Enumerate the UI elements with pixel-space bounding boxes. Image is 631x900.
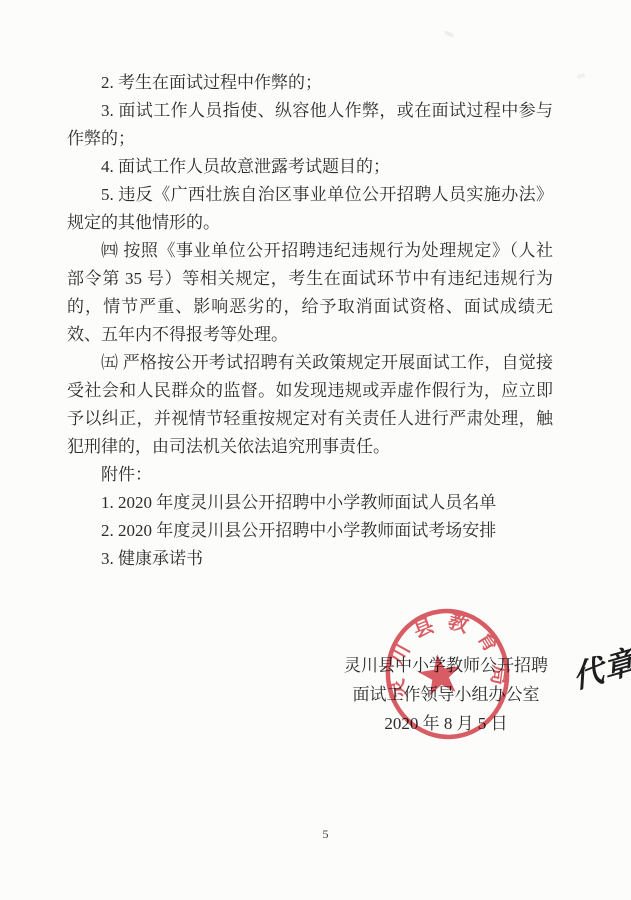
attachments-label: 附件： <box>67 461 553 489</box>
handwritten-daizhang-note: 代章 <box>569 634 631 698</box>
clause-item: 5. 违反《广西壮族自治区事业单位公开招聘人员实施办法》规定的其他情形的。 <box>67 181 553 237</box>
attachment-item: 2. 2020 年度灵川县公开招聘中小学教师面试考场安排 <box>67 517 553 545</box>
document-page: 2. 考生在面试过程中作弊的； 3. 面试工作人员指使、纵容他人作弊，或在面试过… <box>0 0 631 900</box>
clause-item: ㈤ 严格按公开考试招聘有关政策规定开展面试工作，自觉接受社会和人民群众的监督。如… <box>67 349 553 461</box>
scan-speck <box>444 30 455 38</box>
signature-org-line1: 灵川县中小学教师公开招聘 <box>336 651 556 680</box>
signature-org-line2: 面试工作领导小组办公室 <box>336 680 556 709</box>
clause-item: 4. 面试工作人员故意泄露考试题目的； <box>67 153 553 181</box>
clause-item: 2. 考生在面试过程中作弊的； <box>67 69 553 97</box>
scan-speck <box>577 73 586 79</box>
document-body: 2. 考生在面试过程中作弊的； 3. 面试工作人员指使、纵容他人作弊，或在面试过… <box>67 69 553 573</box>
signature-date: 2020 年 8 月 5 日 <box>336 709 556 738</box>
attachment-item: 3. 健康承诺书 <box>67 545 553 573</box>
clause-item: ㈣ 按照《事业单位公开招聘违纪违规行为处理规定》（人社部令第 35 号）等相关规… <box>67 237 553 349</box>
page-number: 5 <box>10 827 631 842</box>
signature-block: 灵川县中小学教师公开招聘 面试工作领导小组办公室 2020 年 8 月 5 日 <box>336 651 556 738</box>
attachment-item: 1. 2020 年度灵川县公开招聘中小学教师面试人员名单 <box>67 489 553 517</box>
clause-item: 3. 面试工作人员指使、纵容他人作弊，或在面试过程中参与作弊的； <box>67 97 553 153</box>
